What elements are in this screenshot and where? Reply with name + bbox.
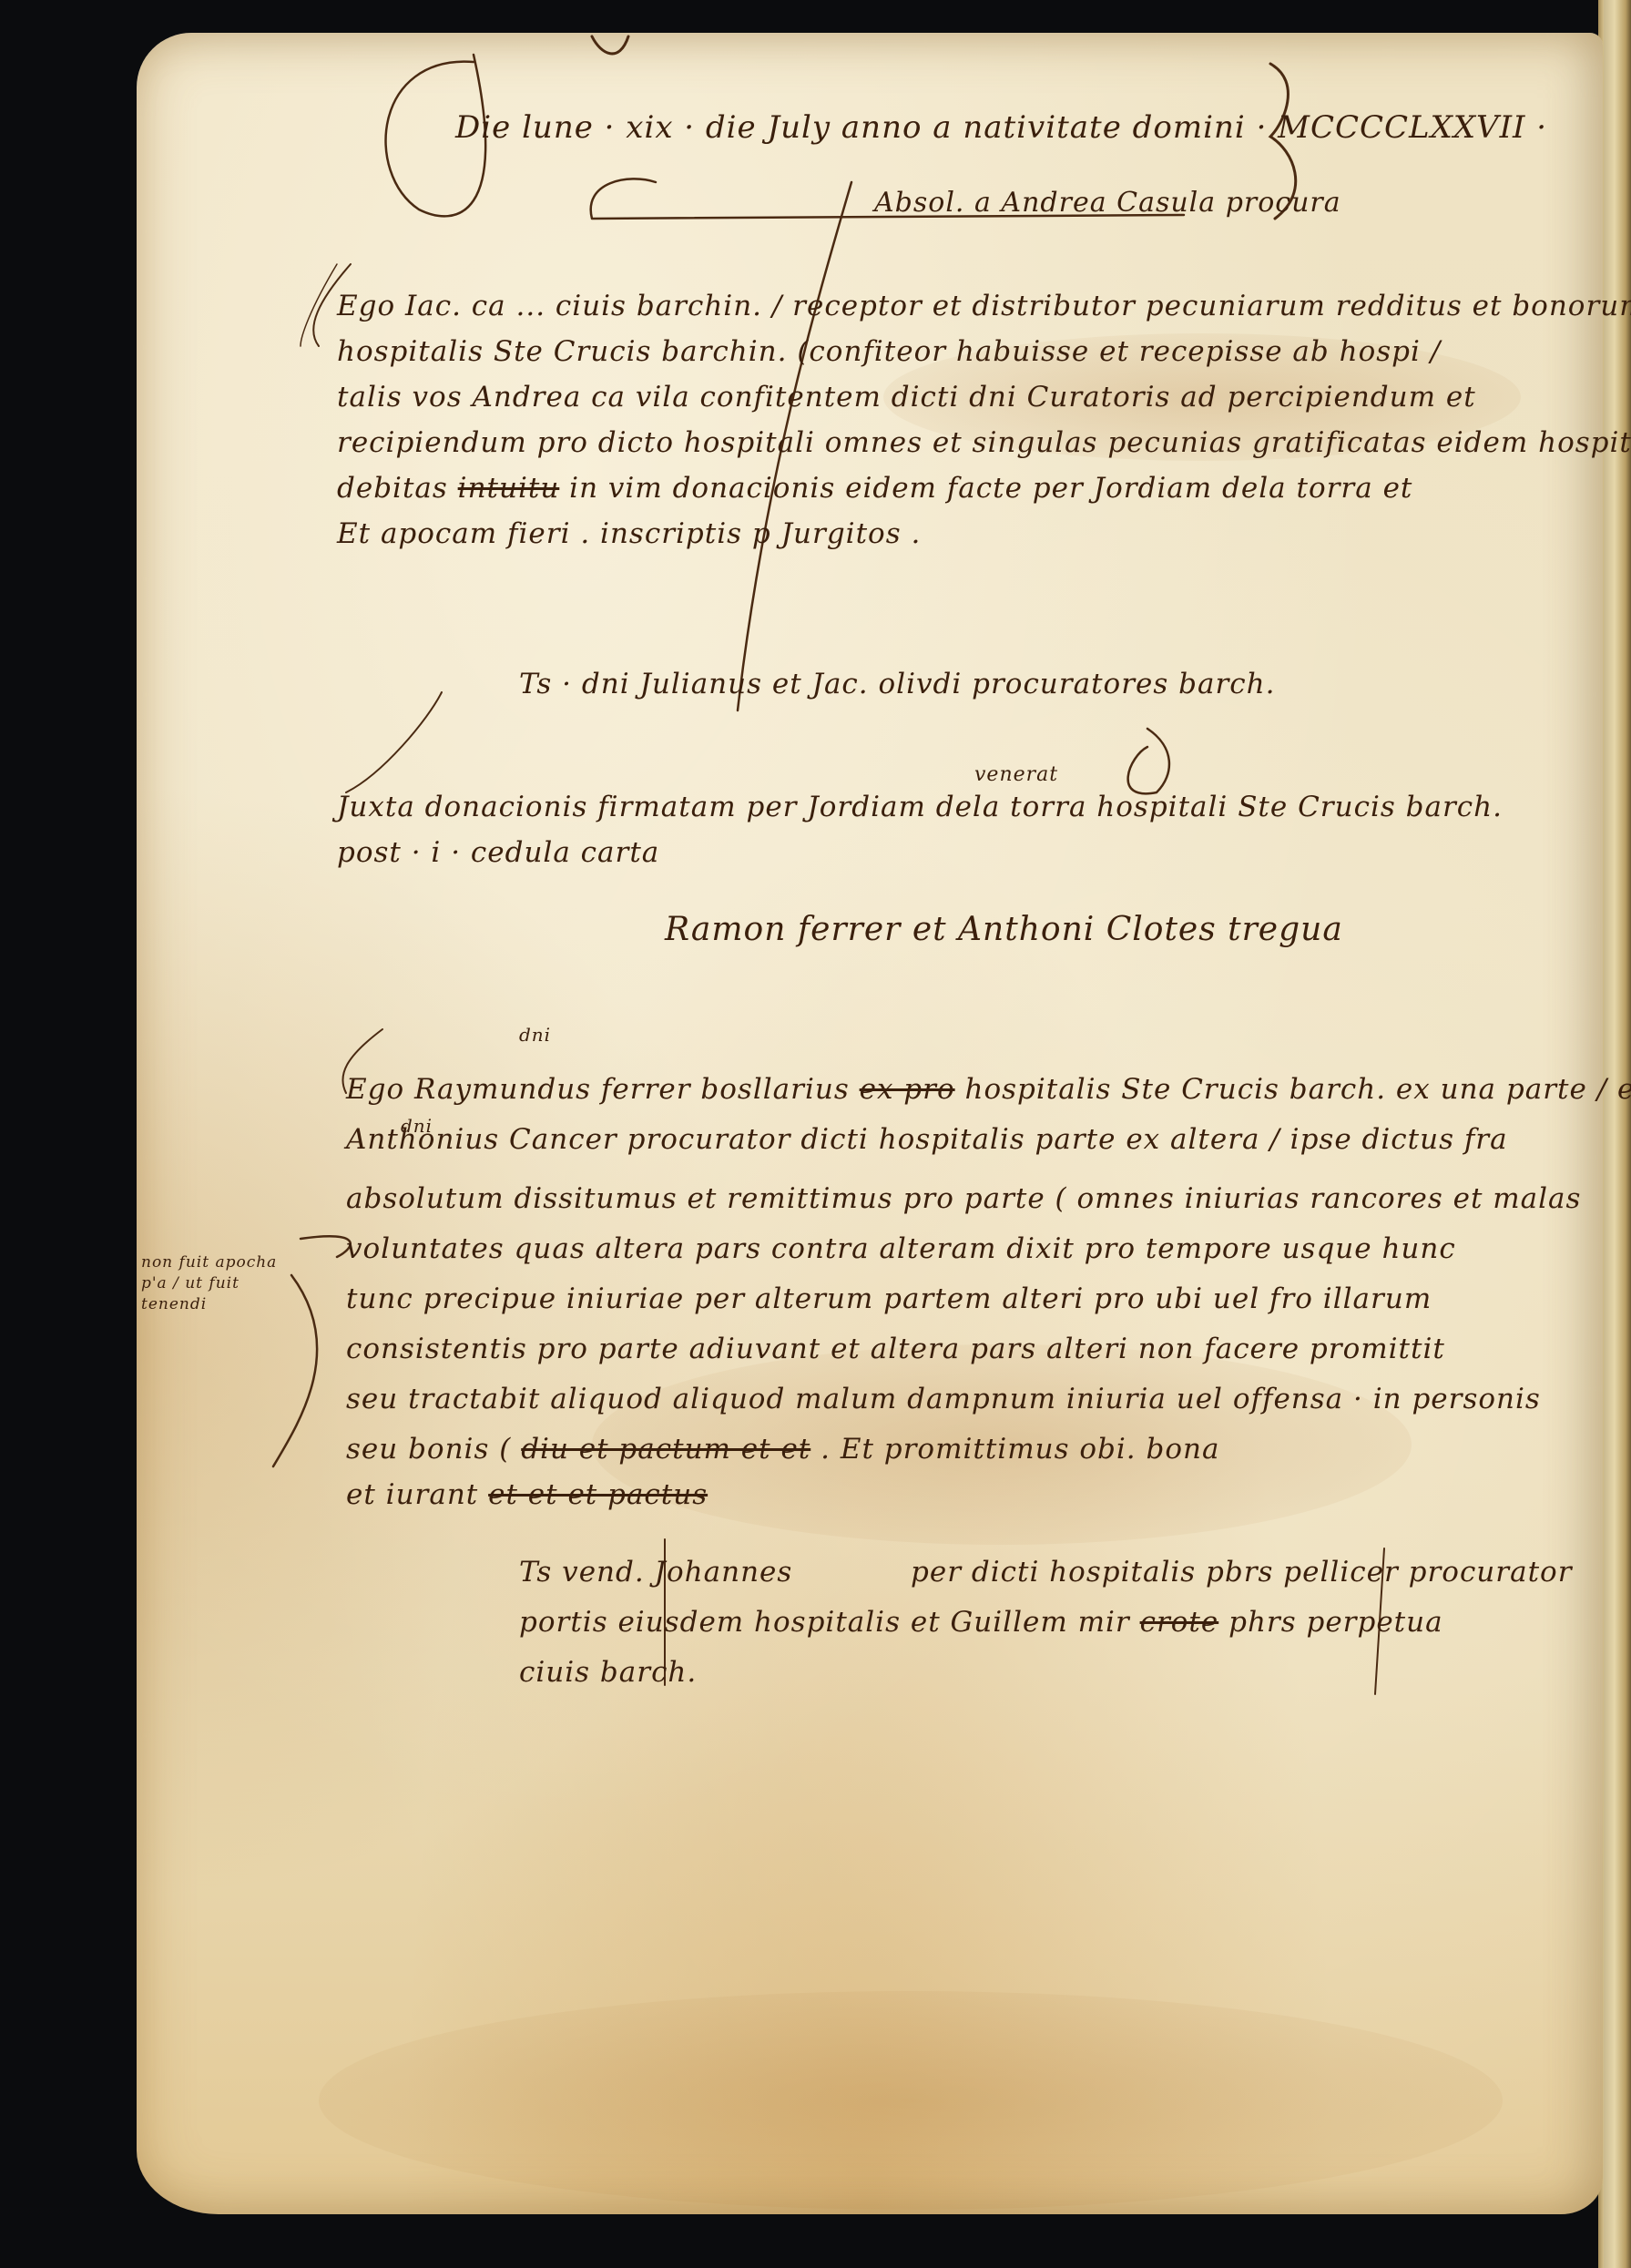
text-fragment: in vim donacionis eidem facte per Jordia…	[569, 472, 1412, 505]
struck-phrase: et et et pactus	[488, 1478, 708, 1511]
text-fragment: portis eiusdem hospitalis et Guillem mir	[519, 1606, 1130, 1639]
edge-stain	[319, 1991, 1503, 2210]
margin-note-line: tenendi	[141, 1294, 207, 1314]
text-line: Juxta donacionis firmatam per Jordiam de…	[337, 783, 1503, 831]
struck-word: crote	[1140, 1606, 1219, 1639]
struck-word: ex pro	[860, 1073, 955, 1106]
margin-note-line: p'a / ut fuit	[141, 1273, 240, 1293]
text-line: seu tractabit aliquod aliquod malum damp…	[346, 1375, 1541, 1423]
text-fragment: seu bonis (	[346, 1433, 511, 1466]
text-line: consistentis pro parte adiuvant et alter…	[346, 1325, 1445, 1373]
text-line: voluntates quas altera pars contra alter…	[346, 1225, 1456, 1272]
text-line: absolutum dissitumus et remittimus pro p…	[346, 1175, 1581, 1222]
text-line: ciuis barch.	[519, 1649, 697, 1696]
text-line: Anthonius Cancer procurator dicti hospit…	[346, 1116, 1508, 1163]
text-line: hospitalis Ste Crucis barchin. (confiteo…	[337, 328, 1441, 375]
text-line: debitas intuitu in vim donacionis eidem …	[337, 465, 1412, 512]
text-fragment: debitas	[337, 472, 448, 505]
text-line: per dicti hospitalis pbrs pellicer procu…	[911, 1548, 1573, 1596]
text-fragment: phrs perpetua	[1228, 1606, 1443, 1639]
text-line: et iurant et et et pactus	[346, 1471, 708, 1518]
text-fragment: hospitalis Ste Crucis barch. ex una part…	[964, 1073, 1631, 1106]
parties-names: Ramon ferrer et Anthoni Clotes tregua	[665, 911, 1343, 948]
interlinear-insertion: venerat	[974, 765, 1058, 785]
entry-subheading: Absol. a Andrea Casula procura	[874, 187, 1341, 219]
text-line: Ts vend. Johannes	[519, 1548, 792, 1596]
text-line: Ego Raymundus ferrer bosllarius ex pro h…	[346, 1066, 1631, 1113]
witnesses-line: Ts · dni Julianus et Jac. olivdi procura…	[519, 660, 1275, 708]
text-line: tunc precipue iniuriae per alterum parte…	[346, 1275, 1432, 1323]
struck-phrase: diu et pactum et et	[521, 1433, 810, 1466]
date-heading: Die lune · xix · die July anno a nativit…	[455, 109, 1547, 146]
text-line: seu bonis ( diu et pactum et et . Et pro…	[346, 1425, 1219, 1473]
text-line: portis eiusdem hospitalis et Guillem mir…	[519, 1599, 1443, 1646]
margin-note-line: non fuit apocha	[141, 1252, 277, 1272]
interlinear-insertion: dni	[519, 1025, 551, 1045]
text-fragment: . Et promittimus obi. bona	[821, 1433, 1219, 1466]
text-line: Ego Iac. ca ... ciuis barchin. / recepto…	[337, 282, 1631, 330]
text-fragment: et iurant	[346, 1478, 478, 1511]
text-line: talis vos Andrea ca vila confitentem dic…	[337, 373, 1476, 421]
text-fragment: Ego Raymundus ferrer bosllarius	[346, 1073, 850, 1106]
text-line: Et apocam fieri . inscriptis p Jurgitos …	[337, 510, 921, 557]
text-line: post · i · cedula carta	[337, 829, 659, 876]
book-binding-edge	[1604, 0, 1631, 2268]
text-line: recipiendum pro dicto hospitali omnes et…	[337, 419, 1631, 466]
struck-word: intuitu	[458, 472, 560, 505]
